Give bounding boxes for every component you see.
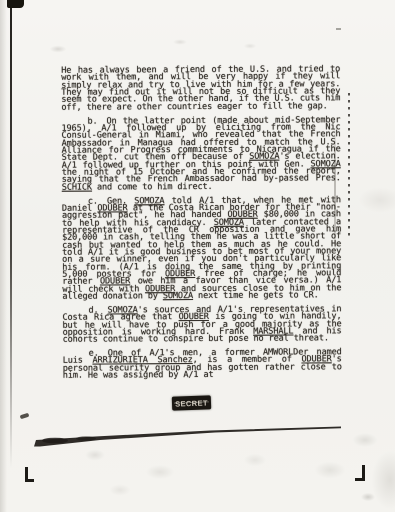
corner-mark-bottom-left-foot (25, 479, 34, 482)
corner-mark-bottom-right-foot (355, 478, 365, 481)
scanned-document-page: He has always been a friend of the U.S. … (0, 0, 395, 512)
horizontal-ink-line (0, 0, 395, 512)
